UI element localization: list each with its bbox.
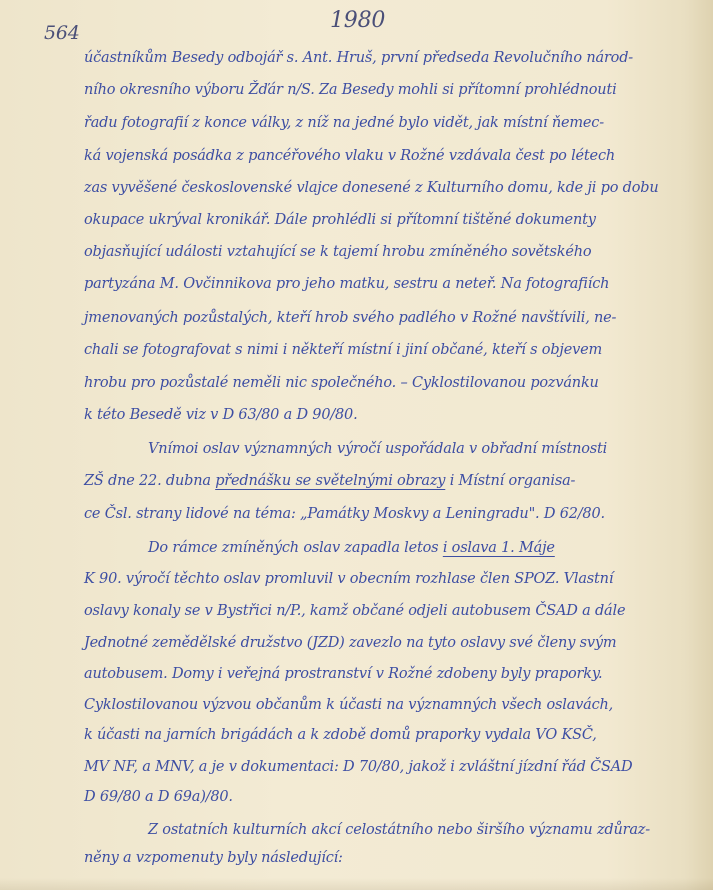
text-line: K 90. výročí těchto oslav promluvil v ob… (84, 571, 613, 587)
text-line: Jednotné zemědělské družstvo (JZD) zavez… (84, 635, 616, 651)
text-line: chali se fotografovat s nimi i někteří m… (84, 342, 602, 358)
underlined-phrase: i oslava 1. Máje (443, 540, 555, 556)
text-line: MV NF, a MNV, a je v dokumentaci: D 70/8… (84, 759, 632, 775)
text-line: objasňující události vztahující se k taj… (84, 244, 591, 260)
text-line: hrobu pro pozůstalé neměli nic společnéh… (84, 375, 599, 391)
text-line: ZŠ dne 22. dubna přednášku se světelnými… (84, 473, 575, 489)
text-line: jmenovaných pozůstalých, kteří hrob svéh… (84, 310, 616, 326)
text-line: oslavy konaly se v Bystřici n/P., kamž o… (84, 603, 625, 619)
text-segment: i Místní organisa- (445, 473, 575, 489)
page-number: 564 (44, 22, 80, 44)
text-line: řadu fotografií z konce války, z níž na … (84, 115, 604, 131)
text-segment: ZŠ dne 22. dubna (84, 473, 215, 489)
text-line: něny a vzpomenuty byly následující: (84, 850, 343, 866)
text-line: účastníkům Besedy odbojář s. Ant. Hruš, … (84, 50, 633, 66)
page-edge-shadow (0, 878, 713, 890)
text-line: ce Čsl. strany lidové na téma: „Památky … (84, 506, 605, 522)
text-line: ního okresního výboru Žďár n/S. Za Besed… (84, 82, 617, 98)
text-line: partyzána M. Ovčinnikova pro jeho matku,… (84, 276, 609, 292)
text-line: Do rámce zmíněných oslav zapadla letos i… (148, 540, 555, 556)
text-line: ká vojenská posádka z pancéřového vlaku … (84, 148, 615, 164)
text-line: k účasti na jarních brigádách a k zdobě … (84, 727, 597, 743)
text-line: k této Besedě viz v D 63/80 a D 90/80. (84, 407, 358, 423)
chronicle-page: 564 1980 účastníkům Besedy odbojář s. An… (0, 0, 713, 890)
year-heading: 1980 (330, 8, 385, 33)
text-line: Vnímoi oslav významných výročí uspořádal… (148, 441, 607, 457)
text-line: D 69/80 a D 69a)/80. (84, 789, 233, 805)
text-line: autobusem. Domy i veřejná prostranství v… (84, 666, 602, 682)
text-segment: Do rámce zmíněných oslav zapadla letos (148, 540, 443, 556)
underlined-phrase: přednášku se světelnými obrazy (215, 473, 445, 489)
text-line: Cyklostilovanou výzvou občanům k účasti … (84, 697, 613, 713)
text-line: Z ostatních kulturních akcí celostátního… (148, 822, 650, 838)
text-line: okupace ukrýval kronikář. Dále prohlédli… (84, 212, 596, 228)
text-line: zas vyvěšené československé vlajce dones… (84, 180, 658, 196)
